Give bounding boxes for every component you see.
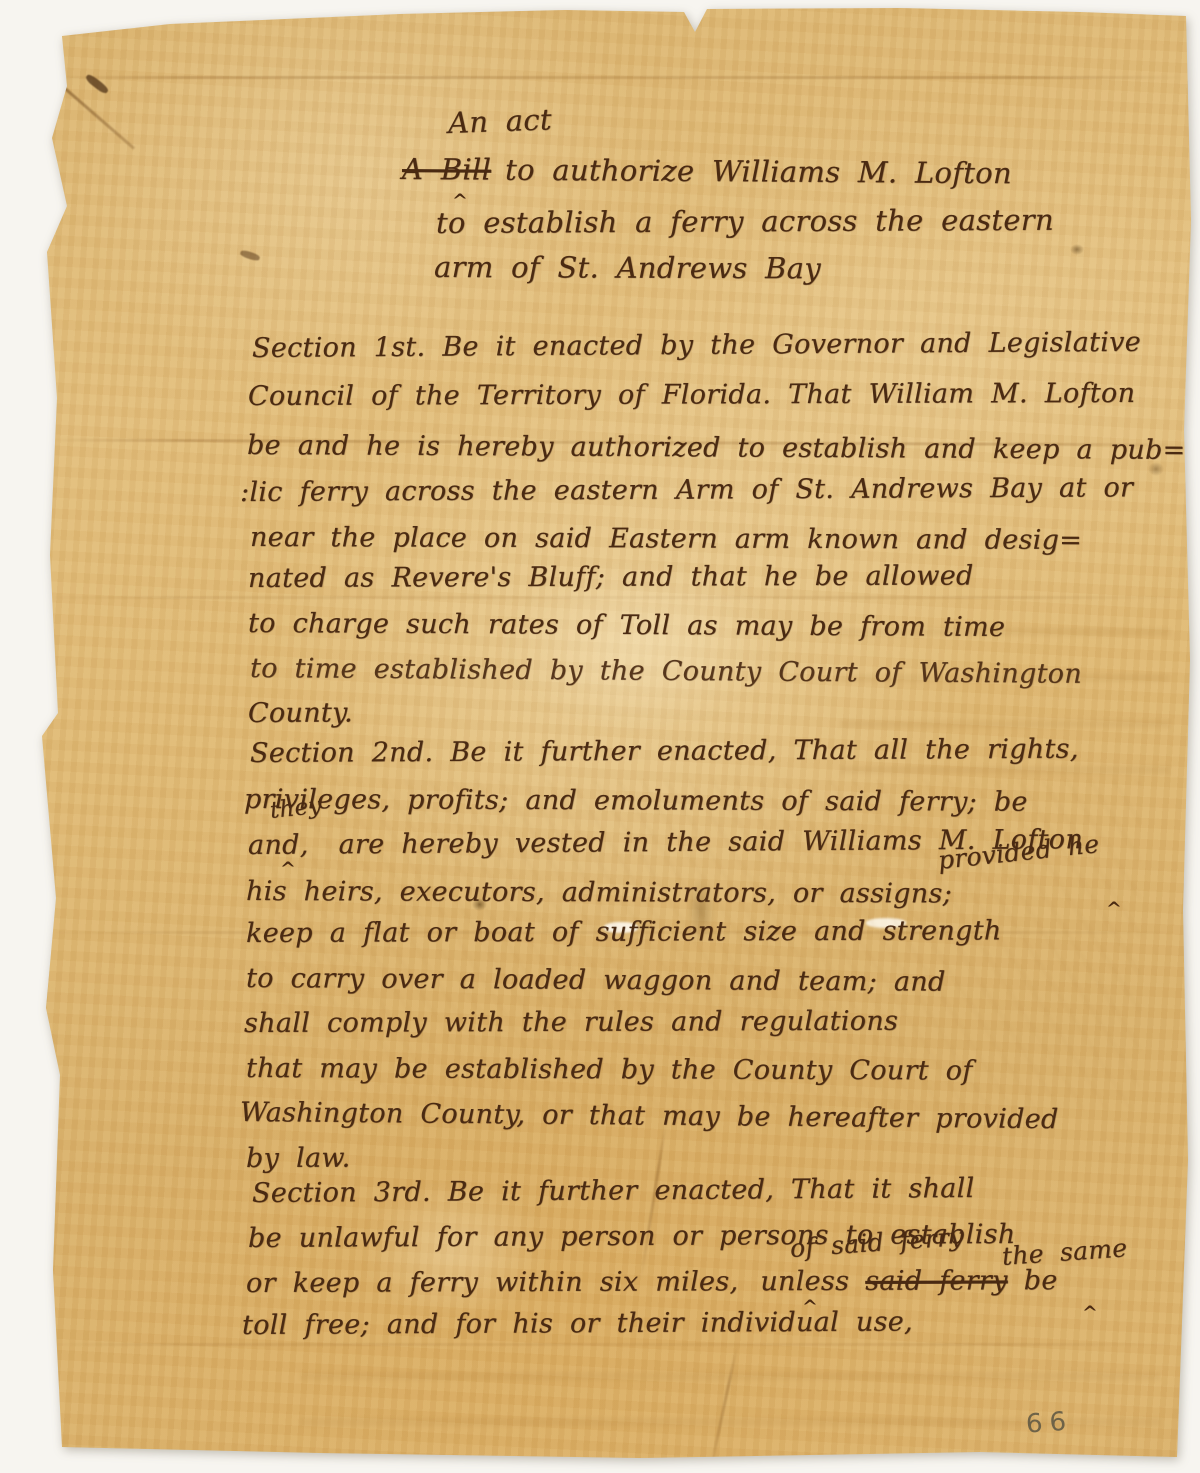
struck-a-bill: A Bill (402, 152, 491, 187)
insertion-the-same: the same (1001, 1233, 1128, 1271)
horizontal-crease (46, 76, 1186, 79)
body-line: Section 3rd. Be it further enacted, That… (252, 1173, 975, 1209)
struck-said-ferry: said ferry (865, 1265, 1008, 1296)
horizontal-crease (46, 596, 1186, 599)
heading-line-2: to establish a ferry across the eastern (436, 203, 1054, 240)
body-line: to carry over a loaded waggon and team; … (246, 963, 946, 998)
body-line: Council of the Territory of Florida. Tha… (248, 378, 1135, 412)
body-line: privileges, profits; and emoluments of s… (244, 784, 1028, 818)
body-line: be and he is hereby authorized to establ… (247, 430, 1186, 466)
insertion-caret: ^ (1082, 1302, 1098, 1324)
heading-line-3: arm of St. Andrews Bay (434, 250, 821, 285)
paper-shadow: An act A Billto authorize Williams M. Lo… (0, 0, 1200, 1473)
body-line: by law. (246, 1143, 351, 1174)
heading-line-1: A Billto authorize Williams M. Lofton (402, 152, 1012, 190)
heading-line-1-rest: to authorize Williams M. Lofton (505, 153, 1012, 191)
body-line: to charge such rates of Toll as may be f… (248, 608, 1005, 643)
vertical-crease (709, 1346, 739, 1472)
body-line-with-insertion: his heirs, executors, administrators, or… (246, 876, 1200, 911)
pen-mark (239, 249, 260, 262)
body-line: :lic ferry across the eastern Arm of St.… (240, 472, 1133, 508)
heading-insert-an-act: An act (447, 102, 552, 140)
ink-spot (1070, 244, 1084, 255)
horizontal-crease (48, 1343, 1176, 1346)
insertion-they: they (269, 793, 323, 824)
body-line: County. (248, 697, 353, 729)
manuscript-page: An act A Billto authorize Williams M. Lo… (0, 0, 1200, 1473)
body-line: to time established by the County Court … (250, 653, 1082, 690)
document-scan: An act A Billto authorize Williams M. Lo… (0, 0, 1200, 1473)
body-line: Section 2nd. Be it further enacted, That… (250, 734, 1079, 769)
body-line: nated as Revere's Bluff; and that he be … (248, 560, 974, 594)
body-line: near the place on said Eastern arm known… (250, 522, 1082, 556)
body-line: Section 1st. Be it enacted by the Govern… (252, 327, 1141, 364)
body-line: Washington County, or that may be hereaf… (240, 1097, 1059, 1135)
pen-mark (84, 73, 109, 95)
seg-be: be (1024, 1265, 1058, 1296)
seg-heirs: his heirs, executors, administrators, or… (246, 876, 952, 909)
body-line: that may be established by the County Co… (246, 1053, 973, 1087)
seg-unless: unless (760, 1266, 849, 1297)
body-line: keep a flat or boat of sufficient size a… (246, 915, 1002, 949)
seg-six-miles: or keep a ferry within six miles, (246, 1266, 738, 1299)
body-line: toll free; and for his or their individu… (242, 1306, 913, 1341)
body-line: shall comply with the rules and regulati… (244, 1006, 898, 1039)
insertion-caret: ^ (1106, 898, 1122, 920)
pencil-page-number: 66 (1025, 1406, 1074, 1439)
seg-and: and, (248, 830, 309, 861)
corner-fold-crease (41, 67, 135, 149)
body-line-with-insertions: or keep a ferry within six miles,unlesss… (246, 1265, 1058, 1299)
